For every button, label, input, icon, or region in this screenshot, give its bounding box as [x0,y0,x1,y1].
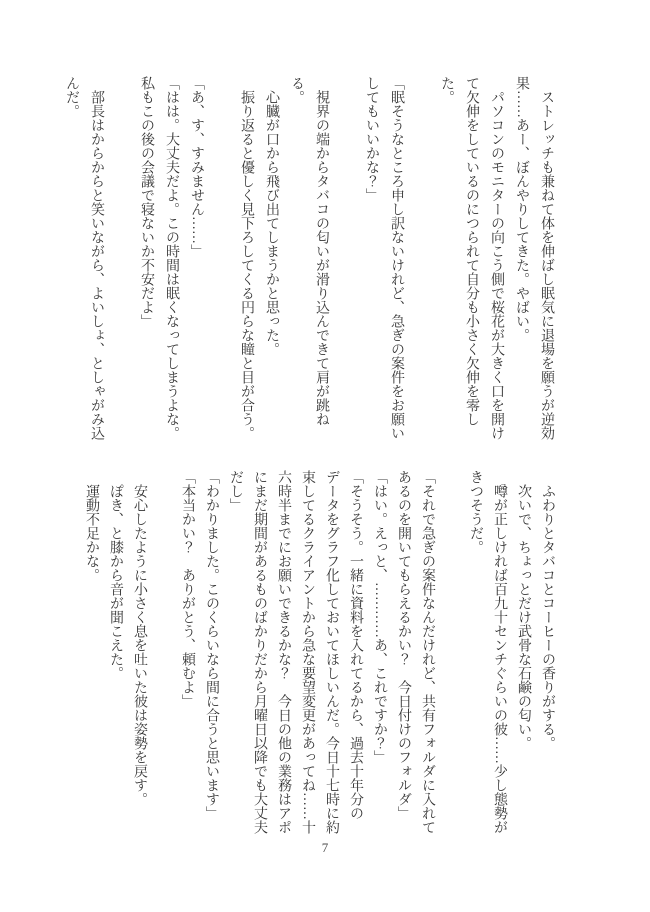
paragraph: 「わかりました。このくらいなら間に合うと思います」 [199,470,223,834]
text-block-bottom: ふわりとタバコとコーヒーの香りがする。次いで、ちょっとだけ武骨な石鹸の匂い。噂が… [69,470,559,834]
paragraph: 「それで急ぎの案件なんだけれど、共有フォルダに入れてあるのを開いてもらえるかい？… [391,470,439,834]
paragraph: 「そうそう。一緒に資料を入れてるから、過去十年分のデータをグラフ化しておいてほし… [223,470,367,834]
paragraph: 視界の端からタバコの匂いが滑り込んできて肩が跳ねる。 [284,76,334,440]
blank-line [439,470,463,834]
text-block-top: ストレッチも兼ねて体を伸ばし眠気に退場を願うが逆効果……あー、ぼんやりしてきた。… [53,76,559,440]
paragraph: ふわりとタバコとコーヒーの香りがする。 [535,470,559,834]
paragraph: 「眠そうなところ申し訳ないけれど、急ぎの案件をお願いしてもいいかな？」 [359,76,409,440]
paragraph: ぽき、と膝から音が聞こえた。 [103,470,127,834]
paragraph: 「あ、す、すみません……」 [184,76,209,440]
paragraph: 「はは。大丈夫だよ。この時間は眠くなってしまうよな。私もこの後の会議で寝ないか不… [134,76,184,440]
blank-line [334,76,359,440]
paragraph: 次いで、ちょっとだけ武骨な石鹸の匂い。 [511,470,535,834]
paragraph: ストレッチも兼ねて体を伸ばし眠気に退場を願うが逆効果……あー、ぼんやりしてきた。… [509,76,559,440]
blank-line [151,470,175,834]
paragraph: 部長はからからと笑いながら、よいしょ、としゃがみ込んだ。 [59,76,109,440]
blank-line [209,76,234,440]
paragraph: 運動不足かな。 [79,470,103,834]
paragraph: パソコンのモニターの向こう側で桜花が大きく口を開けて欠伸をしているのにつられて自… [434,76,509,440]
novel-page: ストレッチも兼ねて体を伸ばし眠気に退場を願うが逆効果……あー、ぼんやりしてきた。… [0,0,650,912]
page-number: 7 [0,840,650,856]
paragraph: 「本当かい？ ありがとう、頼むよ」 [175,470,199,834]
paragraph: 振り返ると優しく見下ろしてくる円らな瞳と目が合う。 [234,76,259,440]
blank-line [409,76,434,440]
paragraph: 噂が正しければ百九十センチぐらいの彼……少し態勢がきつそうだ。 [463,470,511,834]
paragraph: 安心したように小さく息を吐いた彼は姿勢を戻す。 [127,470,151,834]
paragraph: 心臓が口から飛び出てしまうかと思った。 [259,76,284,440]
paragraph: 「はい。えっと、…………あ、これですか？」 [367,470,391,834]
blank-line [109,76,134,440]
